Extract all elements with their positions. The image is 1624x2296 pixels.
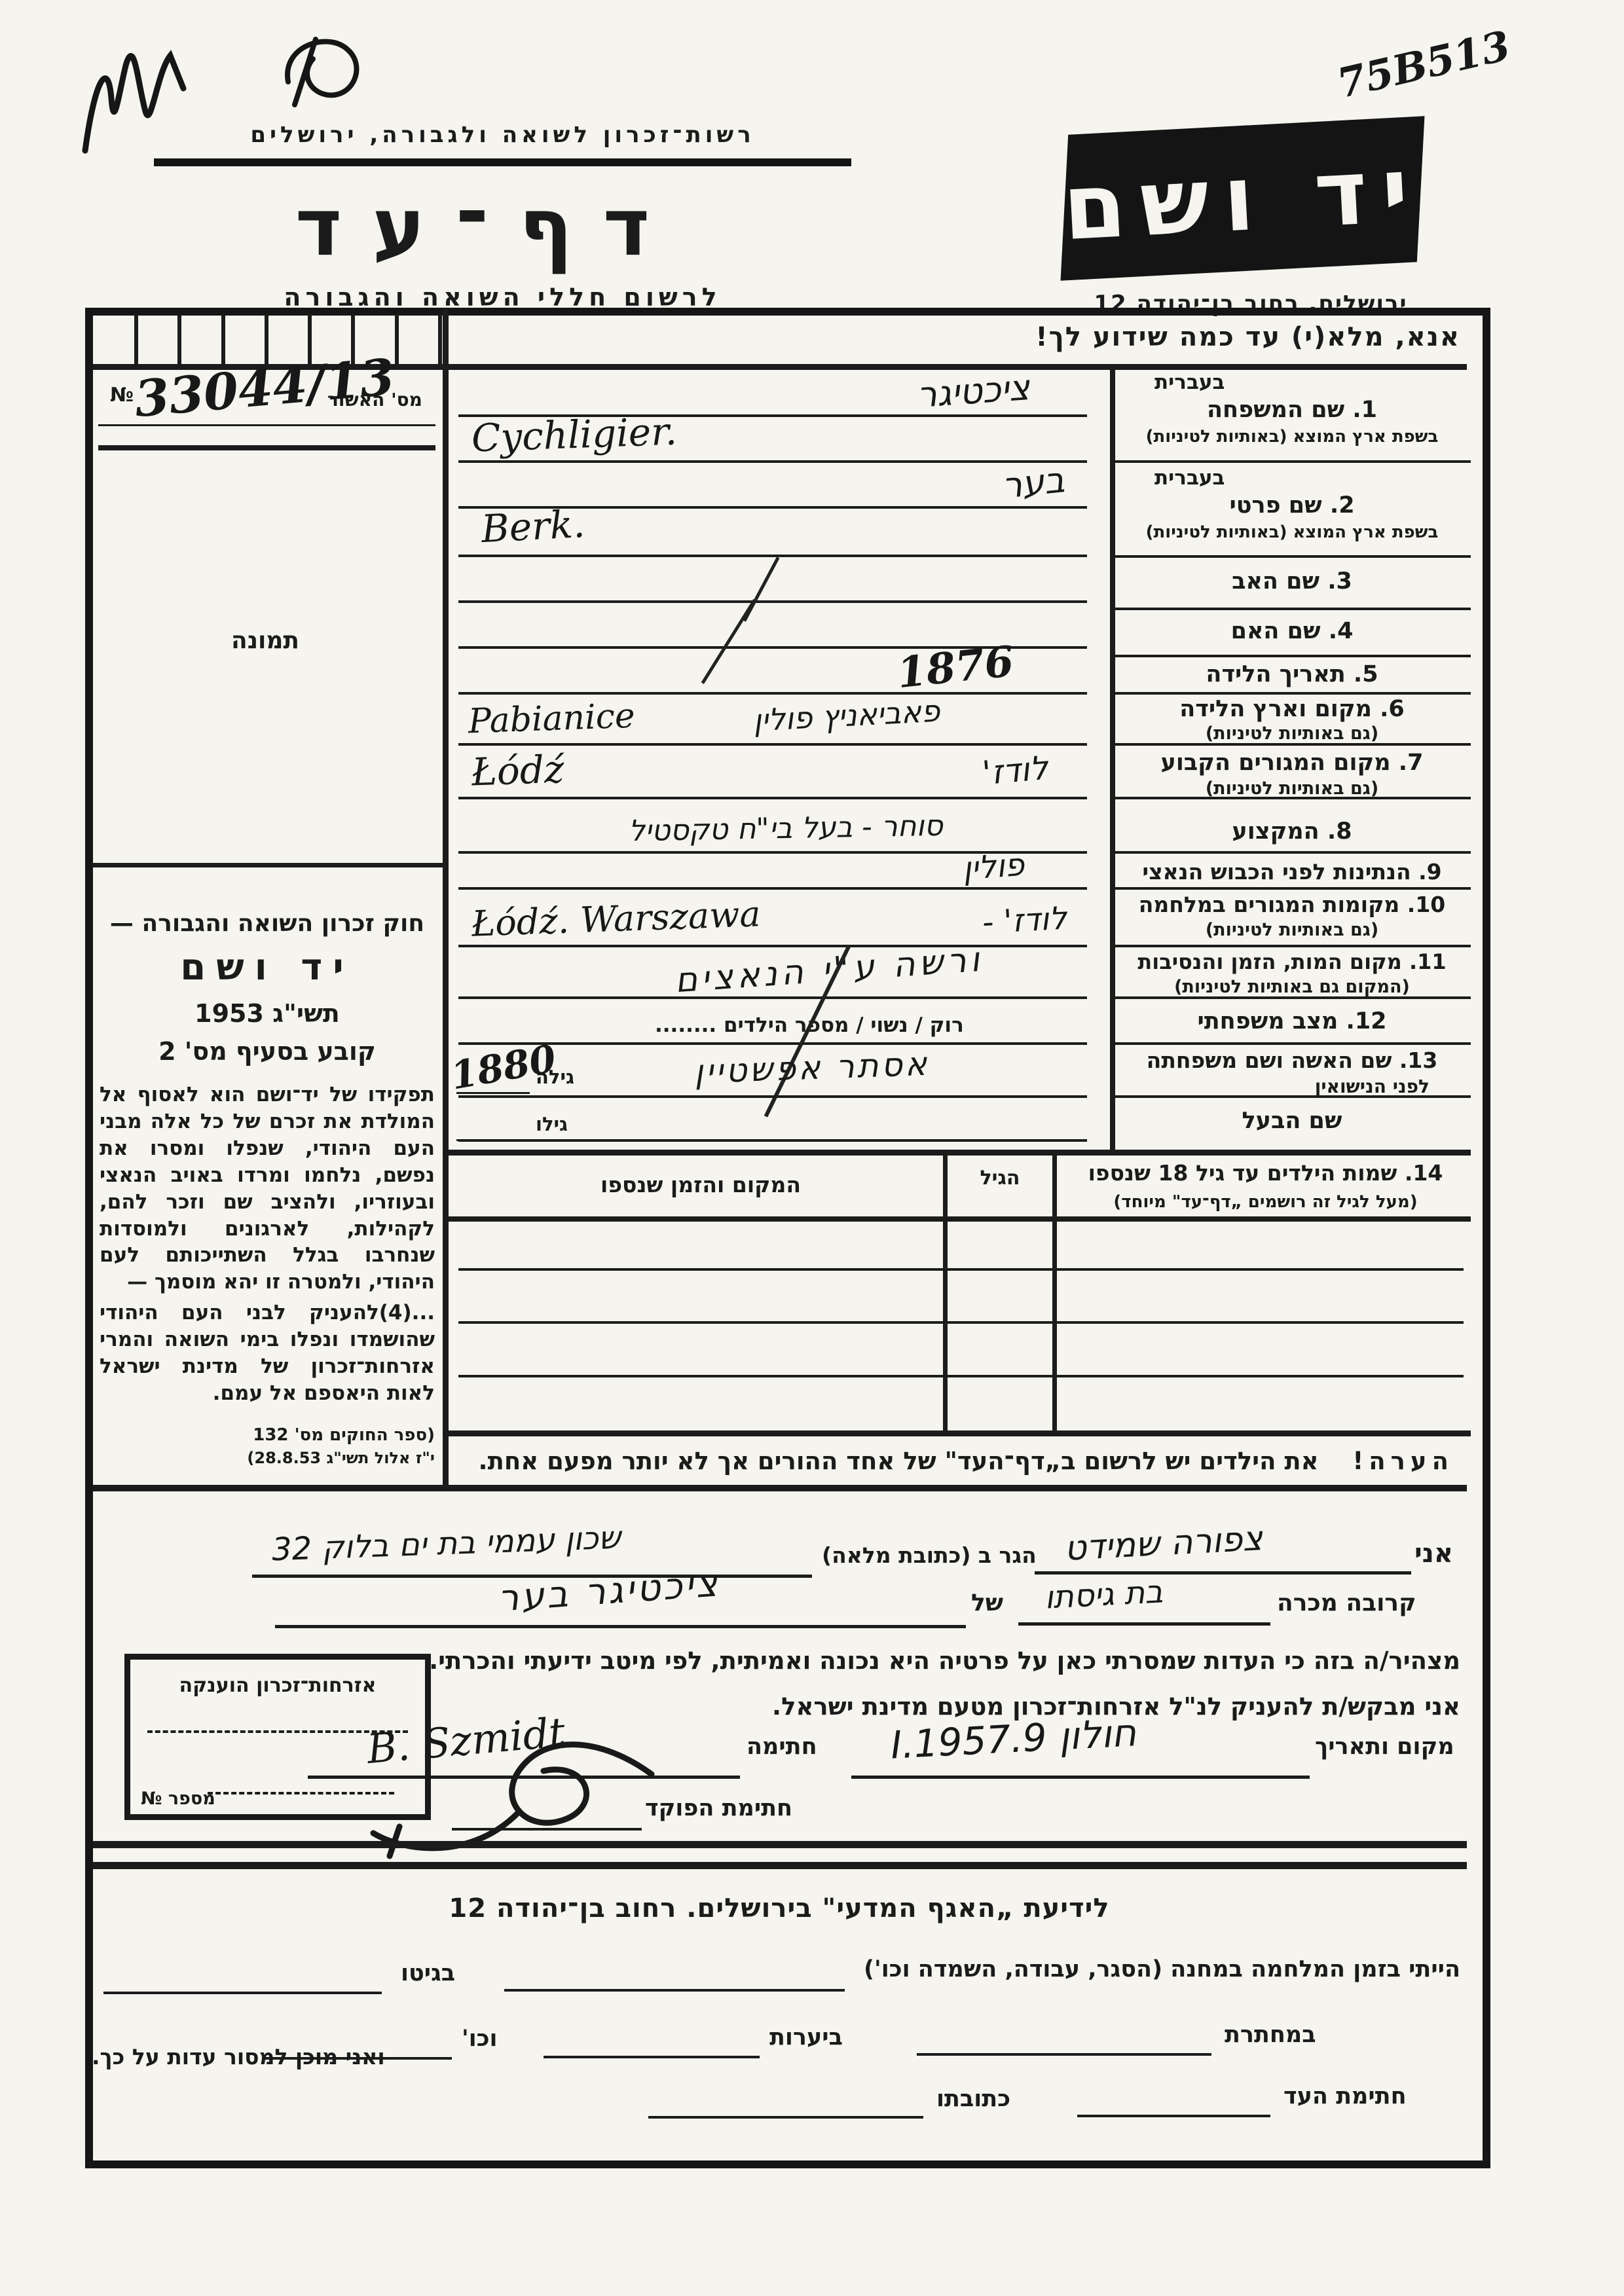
field9-label: 9. הנתינות לפני הכבוש הנאצי <box>1115 859 1469 884</box>
field-row-11: 11. מקום המות, הזמן והנסיבות (המקום גם ב… <box>1115 949 1469 997</box>
table-divider-age <box>943 1150 948 1431</box>
left-column-divider <box>443 308 449 1486</box>
witness-signature-line <box>1077 2115 1270 2117</box>
husband-age-line <box>456 1139 530 1141</box>
law-section: קובע בסעיף מס' 2 <box>100 1037 435 1066</box>
children-header-sub: (מעל לגיל זה רושמים „דף־עד" מיוחד) <box>1064 1192 1467 1212</box>
field8-label: 8. המקצוע <box>1115 818 1469 845</box>
law-logo-text: יד ושם <box>100 946 435 989</box>
reg-number-symbol: № <box>110 384 134 407</box>
answer-line-5 <box>458 692 1087 695</box>
answer-line-6 <box>458 743 1087 746</box>
relation-hw: בת גיסתו <box>1044 1573 1164 1616</box>
ghetto-line <box>103 1992 382 1994</box>
declaration-statement: מצהיר/ה בזה כי העדות שמסרתי כאן על פרטיה… <box>429 1647 1460 1675</box>
labels-column-divider <box>1110 365 1115 1151</box>
law-ref-2: י"ז אלול תשי"ג 28.8.53) <box>100 1449 435 1467</box>
field2-lang: בעברית <box>1115 466 1469 490</box>
of-label: של <box>971 1590 1003 1616</box>
residence-latin-hw: Łódź <box>471 747 565 795</box>
label-sep-7 <box>1110 797 1471 799</box>
field1-lang: בעברית <box>1115 371 1469 394</box>
label-sep-3 <box>1110 608 1471 610</box>
camp-line <box>504 1989 845 1992</box>
granted-box-title: אזרחות־זכרון הוענקה <box>130 1674 425 1697</box>
forests-line <box>544 2056 760 2058</box>
fill-instruction: אנא, מלא(י) עד כמה שידוע לך! <box>1035 322 1460 352</box>
surname-hebrew-hw: ציכטיגר <box>915 367 1031 416</box>
witness-signature-label: חתימת העד <box>1283 2083 1407 2109</box>
label-sep-1 <box>1110 460 1471 463</box>
forests-label: ביערות <box>769 2024 843 2050</box>
place-date-label: מקום ותאריך <box>1315 1734 1454 1760</box>
relation-label: קרובה מכרה <box>1277 1590 1416 1616</box>
law-paragraph-1: תפקידו של יד־ושם הוא לאסוף אל המולדת את … <box>100 1082 435 1296</box>
answer-line-9 <box>458 887 1087 890</box>
field4-label: 4. שם האם <box>1115 618 1469 644</box>
children-note-text: את הילדים יש לרשום ב„דף־העד" של אחד ההור… <box>479 1447 1319 1475</box>
reg-line-1 <box>98 424 435 426</box>
answer-line-13 <box>458 1095 1087 1098</box>
photo-label: תמונה <box>196 627 334 654</box>
law-title-line: חוק זכרון השואה והגבורה — <box>100 910 435 937</box>
field-row-1: בעברית 1. שם המשפחה בשפת ארץ המוצא (באות… <box>1115 371 1469 446</box>
givenname-hebrew-hw: בער <box>1000 459 1067 507</box>
field2-sub: בשפת ארץ המוצא (באותיות לטיניות) <box>1115 522 1469 542</box>
label-sep-2 <box>1110 555 1471 558</box>
label-sep-5 <box>1110 692 1471 695</box>
answer-line-11 <box>458 996 1087 999</box>
field-row-13: 13. שם האשה ושם משפחתה לפני הנישואין <box>1115 1048 1469 1097</box>
children-note-label: הערה! <box>1352 1447 1454 1475</box>
i-label: אני <box>1414 1539 1453 1569</box>
official-signature-label: חתימת הפוקד <box>645 1795 792 1821</box>
table-row-line-1 <box>458 1268 1464 1271</box>
children-col-age: הגיל <box>948 1167 1052 1190</box>
surname-latin-hw: Cychligier. <box>471 409 678 461</box>
subject-name-line <box>275 1625 966 1628</box>
table-top-rule <box>449 1150 1471 1156</box>
field13-sub: לפני הנישואין <box>1115 1076 1469 1097</box>
label-sep-6 <box>1110 743 1471 746</box>
granted-box-number-line <box>208 1792 394 1795</box>
children-col-place: המקום והזמן שנספו <box>498 1172 904 1197</box>
label-sep-10 <box>1110 945 1471 947</box>
war-places-hebrew-hw: לודז' - <box>982 900 1068 941</box>
field11-label: 11. מקום המות, הזמן והנסיבות <box>1115 949 1469 974</box>
table-bottom-rule <box>449 1430 1471 1436</box>
field-row-2: בעברית 2. שם פרטי בשפת ארץ המוצא (באותיו… <box>1115 466 1469 542</box>
field2-label: 2. שם פרטי <box>1115 492 1469 519</box>
double-rule-top <box>93 1841 1467 1848</box>
header-block: רשות־זכרון לשואה ולגבורה, ירושלים דף־עד … <box>147 122 858 312</box>
answer-line-7 <box>458 797 1087 799</box>
authority-underline <box>154 158 851 166</box>
answer-line-3 <box>458 600 1087 603</box>
answer-line-10 <box>458 945 1087 947</box>
field-row-7: 7. מקום המגורים הקבוע (גם באותיות לטיניו… <box>1115 750 1469 799</box>
table-row-line-2 <box>458 1321 1464 1324</box>
file-number-handwritten: 75B513 <box>1333 22 1515 107</box>
field12-label: 12. מצב משפחתי <box>1115 1008 1469 1034</box>
scanned-testimony-page: 75B513 רשות־זכרון לשואה ולגבורה, ירושלים… <box>0 0 1624 2296</box>
form-title: דף־עד <box>147 181 858 274</box>
field10-sub: (גם באותיות לטיניות) <box>1115 920 1469 940</box>
citizenship-hw: פולין <box>961 847 1025 887</box>
ghetto-label: בגיטו <box>401 1960 455 1986</box>
logo-text: יד ושם <box>1060 136 1426 261</box>
field5-label: 5. תאריך הלידה <box>1115 661 1469 687</box>
witness-address-bottom-line <box>648 2116 923 2119</box>
law-paragraph-2: ...(4)להעניק לבני העם היהודי שהושמדו ונפ… <box>100 1300 435 1407</box>
granted-box-number-label: מספר № <box>141 1789 215 1809</box>
law-ref-1: (ספר החוקים מס' 132 <box>100 1425 435 1445</box>
label-sep-11 <box>1110 996 1471 999</box>
field6-label: 6. מקום וארץ הלידה <box>1115 696 1469 722</box>
yad-vashem-logo: יד ושם <box>1061 116 1425 280</box>
ready-to-testify-label: ואני מוכן למסור עדות על כך. <box>92 2044 385 2069</box>
givenname-latin-hw: Berk. <box>480 501 586 551</box>
field7-label: 7. מקום המגורים הקבוע <box>1115 750 1469 776</box>
scientific-branch-notice: לידיעת „האגף המדעי" בירושלים. רחוב בן־יה… <box>288 1893 1270 1923</box>
place-date-line <box>851 1776 1310 1779</box>
label-sep-9 <box>1110 887 1471 890</box>
sidebar-top-rule <box>93 863 443 867</box>
table-row-line-3 <box>458 1375 1464 1377</box>
residence-hebrew-hw: לודז' <box>981 749 1050 793</box>
field10-label: 10. מקומות המגורים במלחמה <box>1115 892 1469 917</box>
field13-label: 13. שם האשה ושם משפחתה <box>1115 1048 1469 1073</box>
signature-label: חתימה <box>747 1734 817 1760</box>
witness-name-line <box>1035 1571 1411 1575</box>
field1-sub: בשפת ארץ המוצא (באותיות לטיניות) <box>1115 427 1469 446</box>
field7-sub: (גם באותיות לטיניות) <box>1115 778 1469 799</box>
double-rule-bottom <box>93 1862 1467 1869</box>
birthplace-latin-hw: Pabianice <box>468 697 636 742</box>
underground-line <box>917 2053 1211 2056</box>
label-sep-13 <box>1110 1095 1471 1098</box>
field-row-6: 6. מקום וארץ הלידה (גם באותיות לטיניות) <box>1115 696 1469 744</box>
answer-line-1lat <box>458 460 1087 463</box>
children-header: 14. שמות הילדים עד גיל 18 שנספו (מעל לגי… <box>1064 1160 1467 1212</box>
granted-citizenship-box: אזרחות־זכרון הוענקה מספר № <box>124 1654 431 1820</box>
label-sep-12 <box>1110 1042 1471 1045</box>
label-sep-4 <box>1110 655 1471 657</box>
label-sep-8 <box>1110 851 1471 854</box>
field3-label: 3. שם האב <box>1115 568 1469 594</box>
camp-label: הייתי בזמן המלחמה במחנה (הסגר, עבודה, הש… <box>864 1956 1460 1982</box>
underground-label: במחתרת <box>1225 2022 1316 2048</box>
profession-hw: סוחר - בעל בי"ח טקסטיל <box>629 809 944 848</box>
field1-label: 1. שם המשפחה <box>1115 397 1469 423</box>
residing-label: הגר ב (כתובת מלאה) <box>822 1542 1037 1568</box>
section-rule <box>93 1485 1467 1491</box>
children-note: הערה! את הילדים יש לרשום ב„דף־העד" של אח… <box>479 1447 1454 1475</box>
authority-line: רשות־זכרון לשואה ולגבורה, ירושלים <box>147 122 858 148</box>
table-divider-names <box>1052 1150 1057 1431</box>
husband-age-label: גילו <box>536 1113 568 1135</box>
answer-line-2lat <box>458 555 1087 557</box>
field-row-10: 10. מקומות המגורים במלחמה (גם באותיות לט… <box>1115 892 1469 940</box>
reg-line-2 <box>98 445 435 450</box>
field11-sub: (המקום גם באותיות לטיניות) <box>1115 977 1469 997</box>
children-header-main: 14. שמות הילדים עד גיל 18 שנספו <box>1064 1160 1467 1186</box>
law-year: תשי"ג 1953 <box>100 999 435 1028</box>
etc-label: וכו' <box>462 2026 498 2052</box>
relation-line <box>1018 1622 1270 1626</box>
husband-label: שם הבעל <box>1115 1108 1469 1134</box>
answer-line-husband <box>458 1139 1087 1142</box>
field6-sub: (גם באותיות לטיניות) <box>1115 723 1469 744</box>
law-sidebar: חוק זכרון השואה והגבורה — יד ושם תשי"ג 1… <box>100 910 435 1467</box>
table-header-rule <box>449 1216 1471 1222</box>
granted-box-date-line <box>147 1730 408 1733</box>
witness-address-label: כתובתו <box>936 2086 1010 2112</box>
